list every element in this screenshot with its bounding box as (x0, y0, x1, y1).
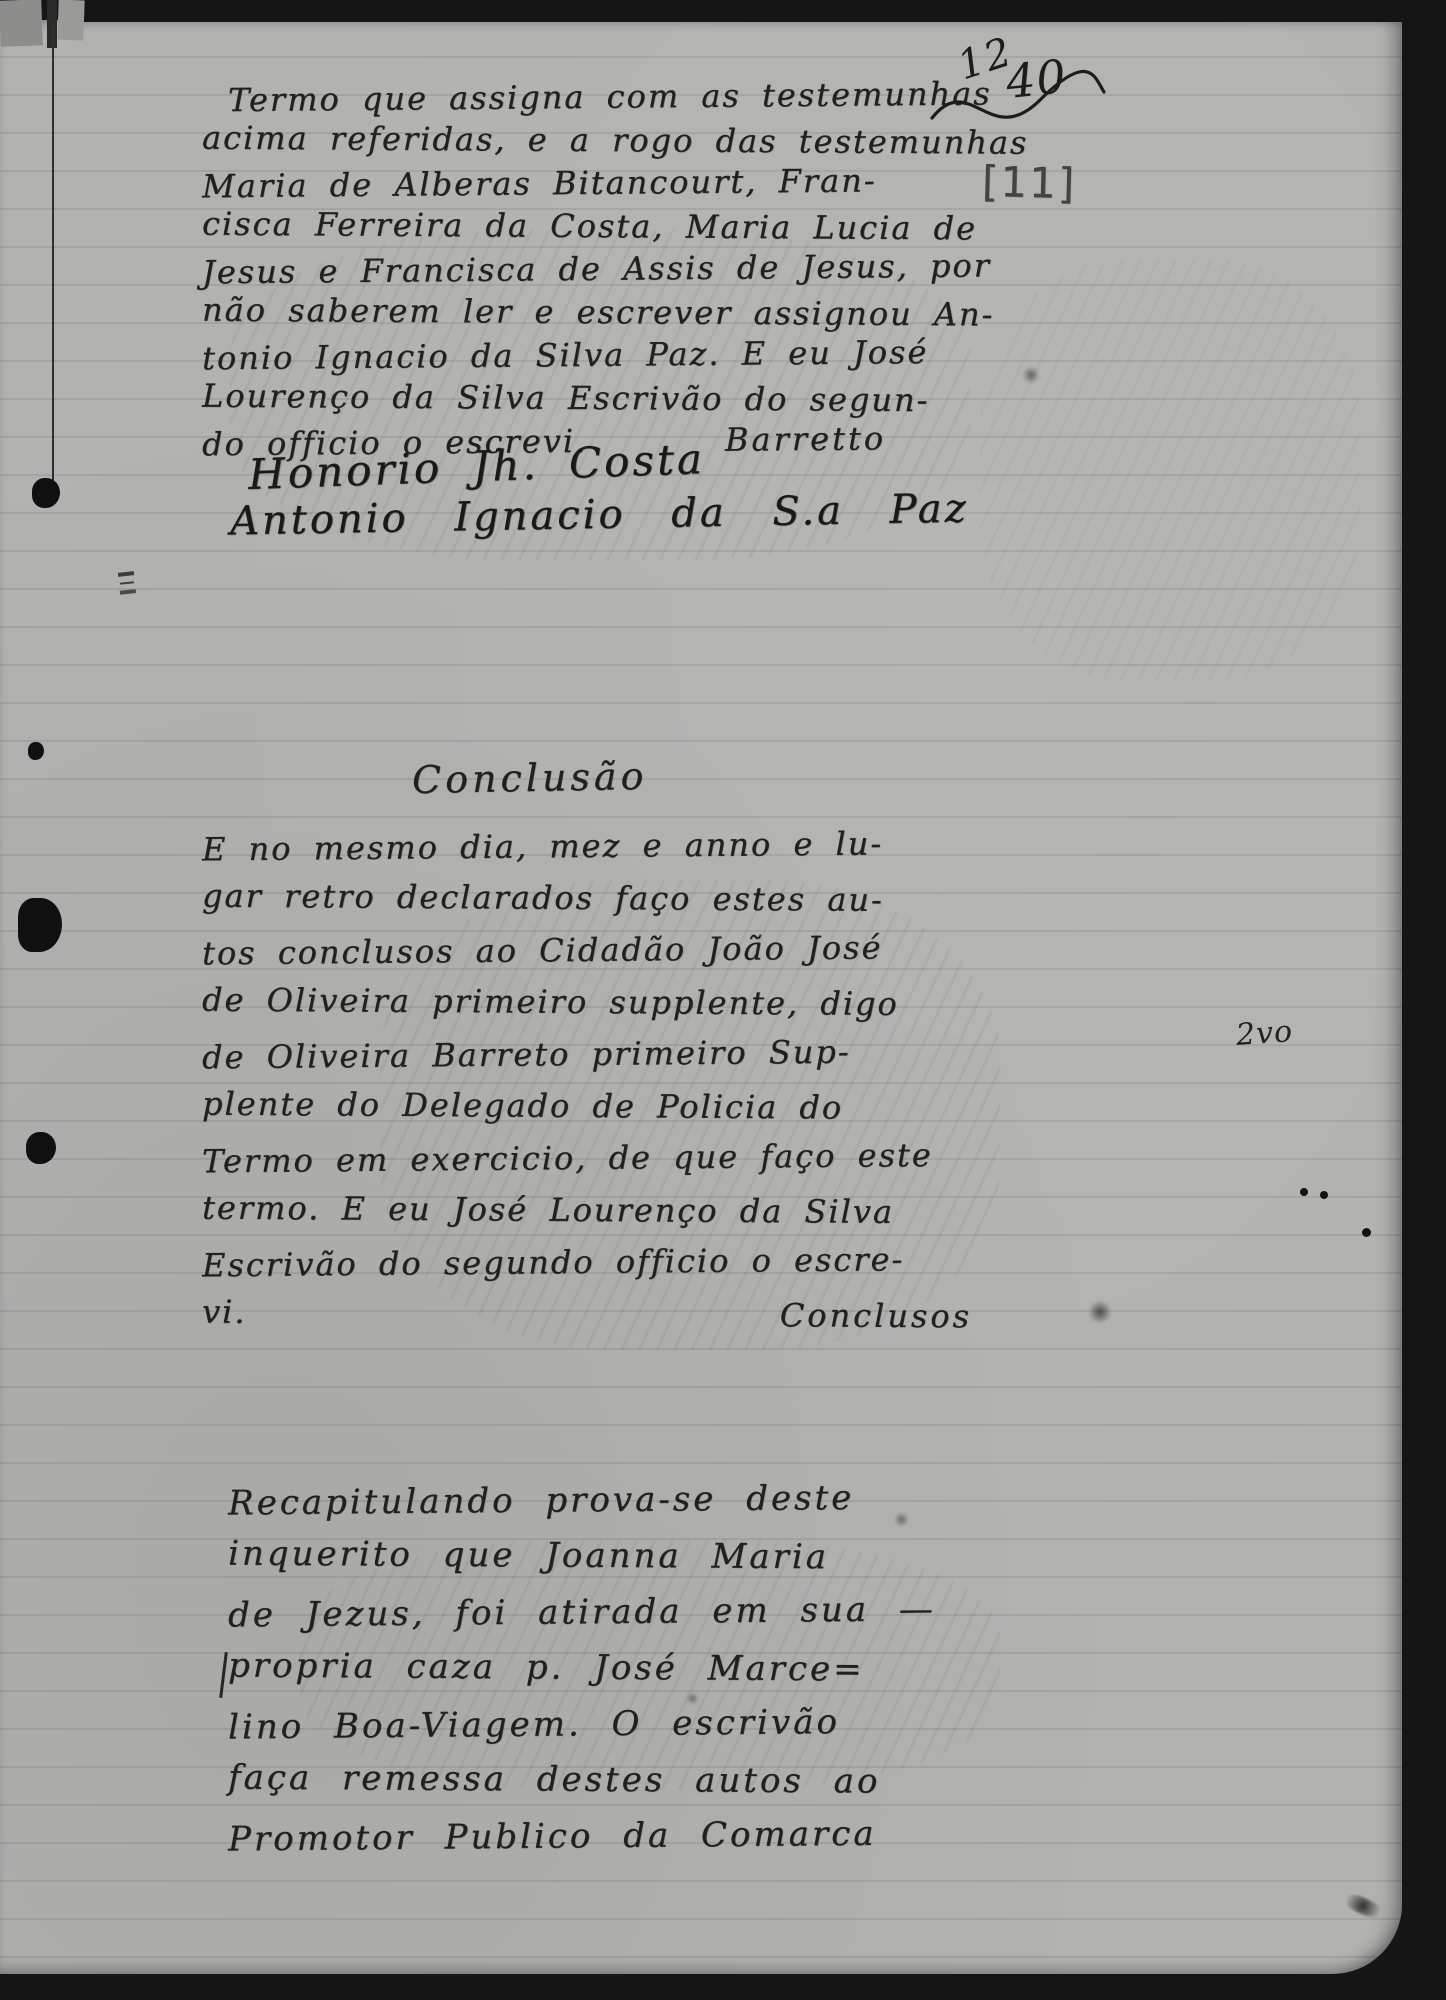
manuscript-line: Termo que assigna com as testemunhas (202, 73, 964, 123)
manuscript-line: de Jezus, foi atirada em sua — (228, 1581, 1018, 1644)
pencil-page-annotation: [11] (981, 157, 1076, 208)
ink-dot (1362, 1228, 1371, 1237)
ink-bleedthrough (980, 260, 1360, 680)
manuscript-line: tonio Ignacio da Silva Paz. E eu José (202, 331, 964, 381)
manuscript-line: cisca Ferreira da Costa, Maria Lucia de (202, 203, 964, 251)
manuscript-line: plente do Delegado de Policia do (202, 1078, 972, 1135)
ink-dot (1320, 1191, 1328, 1199)
manuscript-line: inquerito que Joanna Maria (228, 1526, 1018, 1587)
manuscript-scan: 12 40 [11] 2vo Termo que assigna com as … (0, 0, 1446, 2000)
manuscript-line: Lourenço da Silva Escrivão do segun- (202, 375, 964, 423)
manuscript-line: propria caza p. José Marce= (228, 1638, 1018, 1699)
manuscript-line: Termo em exercicio, de que faço este (202, 1129, 972, 1188)
manuscript-line: E no mesmo dia, mez e anno e lu- (202, 817, 972, 876)
manuscript-line: de Oliveira primeiro supplente, digo (202, 974, 972, 1031)
manuscript-line: Recapitulando prova-se deste (228, 1469, 1018, 1532)
manuscript-line: Promotor Publico da Comarca (228, 1805, 1018, 1868)
paragraph-term-closing: Termo que assigna com as testemunhas aci… (202, 76, 964, 463)
manuscript-line: termo. E eu José Lourenço da Silva (202, 1182, 972, 1239)
scan-edge-top (70, 0, 1446, 22)
ink-stain (1022, 366, 1040, 384)
manuscript-line: acima referidas, e a rogo das testemunha… (202, 117, 964, 165)
binding-crease-line (52, 22, 54, 480)
manuscript-line: de Oliveira Barreto primeiro Sup- (202, 1025, 972, 1084)
manuscript-line: Escrivão do segundo officio o escre- (202, 1233, 972, 1292)
margin-note: 2vo (1235, 1014, 1294, 1053)
manuscript-line: vi. Conclusos (202, 1286, 972, 1343)
paper-tab (0, 0, 43, 47)
manuscript-line: lino Boa-Viagem. O escrivão (228, 1693, 1018, 1756)
paper-tab (57, 0, 84, 40)
manuscript-line: Jesus e Francisca de Assis de Jesus, por (202, 245, 964, 295)
ink-dot (1300, 1188, 1308, 1196)
paragraph-recapitulacao: Recapitulando prova-se deste inquerito q… (228, 1472, 1018, 1864)
manuscript-line: não saberem ler e escrever assignou An- (202, 289, 964, 337)
ink-stain (1088, 1300, 1112, 1324)
manuscript-line: Maria de Alberas Bitancourt, Fran- (202, 159, 964, 209)
paragraph-conclusao: E no mesmo dia, mez e anno e lu- gar ret… (202, 820, 972, 1340)
signature-conclusos: Conclusos (780, 1289, 973, 1342)
manuscript-line: gar retro declarados faço estes au- (202, 870, 972, 927)
scan-edge-bottom (0, 1974, 1446, 2000)
manuscript-line: faça remessa destes autos ao (228, 1750, 1018, 1811)
scan-edge-right (1402, 0, 1446, 2000)
section-heading-conclusao: Conclusão (412, 754, 648, 802)
manuscript-line-text: vi. (202, 1286, 247, 1338)
manuscript-line: tos conclusos ao Cidadão João José (202, 921, 972, 980)
signature-barretto: Barretto (725, 417, 886, 461)
